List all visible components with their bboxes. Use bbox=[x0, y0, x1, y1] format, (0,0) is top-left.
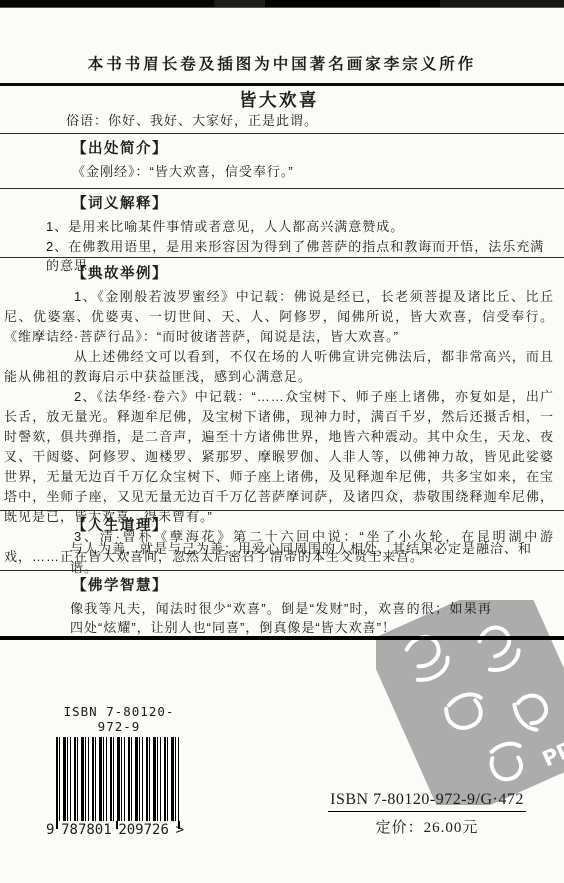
barcode-digit-group: 209726 bbox=[118, 822, 169, 838]
barcode-bars bbox=[56, 737, 180, 821]
colophon-isbn-line: ISBN 7-80120-972-9/G·472 bbox=[328, 791, 526, 812]
section-chuchu-jianjie: 【出处简介】 《金刚经》：“皆大欢喜，信受奉行。” bbox=[0, 133, 564, 188]
colophon-price: 定价：26.00元 bbox=[322, 816, 532, 837]
section-heading: 【人生道理】 bbox=[72, 517, 554, 536]
section-foxue-zhihui: 【佛学智慧】 像我等凡夫，闻法时很少“欢喜”。倒是“发财”时，欢喜的很；如果再四… bbox=[0, 570, 564, 640]
title-section: 皆大欢喜 俗语：你好、我好、大家好，正是此谓。 bbox=[0, 86, 564, 133]
section-heading: 【佛学智慧】 bbox=[72, 577, 554, 596]
section-paragraph: 像我等凡夫，闻法时很少“欢喜”。倒是“发财”时，欢喜的很；如果再四处“炫耀”，让… bbox=[70, 599, 492, 637]
section-paragraph: 2、《法华经·卷六》中记载：“……众宝树下、师子座上诸佛，亦复如是，出广长舌，放… bbox=[4, 387, 554, 527]
colophon: ISBN 7-80120-972-9/G·472 定价：26.00元 bbox=[322, 791, 532, 837]
section-heading: 【典故举例】 bbox=[72, 264, 554, 284]
barcode-digit-left: 9 bbox=[46, 822, 54, 838]
barcode-guard bbox=[116, 821, 118, 829]
section-diangu-juli: 【典故举例】 1、《金刚般若波罗蜜经》中记载：佛说是经已，长老须菩提及诸比丘、比… bbox=[0, 257, 564, 510]
section-heading: 【出处简介】 bbox=[72, 140, 554, 159]
barcode-digit-group: 787801 bbox=[61, 822, 112, 838]
barcode-isbn-label: ISBN 7-80120-972-9 bbox=[54, 704, 184, 734]
section-paragraph: 从上述佛经文可以看到，不仅在场的人听佛宣讲完佛法后，都非常高兴，而且能从佛祖的教… bbox=[4, 347, 554, 387]
saying-line: 俗语：你好、我好、大家好，正是此谓。 bbox=[66, 111, 554, 130]
section-paragraph: 《金刚经》：“皆大欢喜，信受奉行。” bbox=[72, 162, 554, 181]
book-page: 本书书眉长卷及插图为中国著名画家李宗义所作 PDG 皆大欢喜 俗语：你好、我好、… bbox=[0, 0, 564, 883]
section-paragraph: 1、《金刚般若波罗蜜经》中记载：佛说是经已，长老须菩提及诸比丘、比丘尼、优婆塞、… bbox=[4, 287, 554, 347]
scan-edge-strip bbox=[0, 0, 564, 8]
page-title: 皆大欢喜 bbox=[4, 90, 554, 110]
barcode-digits: 9 787801 209726 > bbox=[46, 822, 184, 838]
section-heading: 【词义解释】 bbox=[72, 195, 554, 214]
section-paragraph: 1、是用来比喻某件事情或者意见，人人都高兴满意赞成。 bbox=[46, 217, 554, 236]
isbn-barcode: ISBN 7-80120-972-9 9 787801 209726 > bbox=[46, 704, 184, 838]
header-note: 本书书眉长卷及插图为中国著名画家李宗义所作 bbox=[0, 52, 564, 74]
section-rensheng-daoli: 【人生道理】 与人为善，就是与己为善；用爱心同周围的人相处，其结果必定是融洽、和… bbox=[0, 510, 564, 570]
section-ciyi-jieshi: 【词义解释】 1、是用来比喻某件事情或者意见，人人都高兴满意赞成。 2、在佛教用… bbox=[0, 188, 564, 257]
